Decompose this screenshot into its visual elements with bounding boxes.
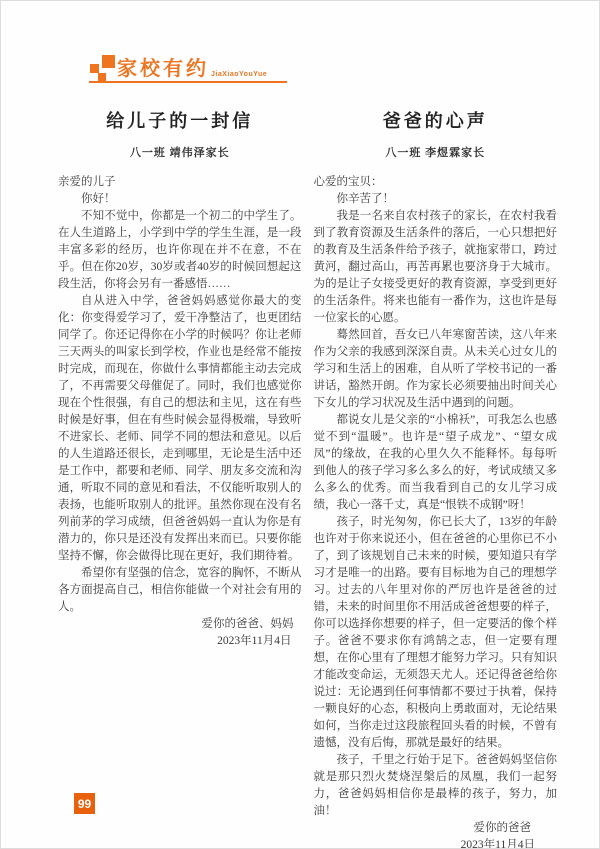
section-brand-subtitle: JiaXiaoYouYue xyxy=(211,71,267,81)
paragraph: 你好！ xyxy=(58,191,302,208)
left-date: 2023年11月4日 xyxy=(58,633,302,650)
paragraph: 希望你有坚强的信念，宽容的胸怀，不断从各方面提高自己，相信你能做一个对社会有用的… xyxy=(58,565,302,616)
paragraph: 自从进入中学，爸爸妈妈感觉你最大的变化：你变得爱学习了，爱干净整洁了，也更团结同… xyxy=(58,293,302,565)
magazine-page: 家校有约 JiaXiaoYouYue 给儿子的一封信 八一班 靖伟泽家长 亲爱的… xyxy=(0,0,600,849)
right-date: 2023年11月4日 xyxy=(314,837,558,849)
right-article-byline: 八一班 李煜霖家长 xyxy=(314,144,558,160)
right-article-body: 心爱的宝贝： 你辛苦了！ 我是一名来自农村孩子的家长，在农村我看到了教育资源及生… xyxy=(314,174,558,849)
right-article-title: 爸爸的心声 xyxy=(314,107,558,133)
article-columns: 给儿子的一封信 八一班 靖伟泽家长 亲爱的儿子 你好！ 不知不觉中，你都是一个初… xyxy=(1,107,600,849)
paragraph: 孩子，千里之行始于足下。爸爸妈妈坚信你就是那只烈火焚烧涅槃后的凤凰，我们一起努力… xyxy=(314,752,558,820)
paragraph: 蓦然回首，吾女已八年寒窗苦读，这八年来作为父亲的我感到深深自责。从未关心过女儿的… xyxy=(314,327,558,412)
paragraph: 孩子，时光匆匆，你已长大了，13岁的年龄也许对于你来说还小，但在爸爸的心里你已不… xyxy=(314,514,558,752)
left-article-byline: 八一班 靖伟泽家长 xyxy=(58,144,302,160)
left-salutation: 亲爱的儿子 xyxy=(58,174,302,191)
right-signature: 爱你的爸爸 xyxy=(314,820,558,837)
right-article: 爸爸的心声 八一班 李煜霖家长 心爱的宝贝： 你辛苦了！ 我是一名来自农村孩子的… xyxy=(314,107,558,849)
paragraph: 你辛苦了！ xyxy=(314,191,558,208)
paragraph: 不知不觉中，你都是一个初二的中学生了。在人生道路上，小学到中学的学生生涯，是一段… xyxy=(58,208,302,293)
page-header: 家校有约 JiaXiaoYouYue xyxy=(89,51,287,83)
left-article-body: 亲爱的儿子 你好！ 不知不觉中，你都是一个初二的中学生了。在人生道路上，小学到中… xyxy=(58,174,302,650)
right-salutation: 心爱的宝贝： xyxy=(314,174,558,191)
squares-logo-icon xyxy=(89,53,117,81)
paragraph: 我是一名来自农村孩子的家长，在农村我看到了教育资源及生活条件的落后，一心只想把好… xyxy=(314,208,558,327)
left-article: 给儿子的一封信 八一班 靖伟泽家长 亲爱的儿子 你好！ 不知不觉中，你都是一个初… xyxy=(58,107,302,849)
left-signature: 爱你的爸爸、妈妈 xyxy=(58,616,302,633)
left-article-title: 给儿子的一封信 xyxy=(58,107,302,133)
page-number-badge: 99 xyxy=(74,793,95,814)
section-brand-title: 家校有约 xyxy=(117,57,209,81)
paragraph: 都说女儿是父亲的“小棉袄”，可我怎么也感觉不到“温暖”。也许是“望子成龙”、“望… xyxy=(314,412,558,514)
